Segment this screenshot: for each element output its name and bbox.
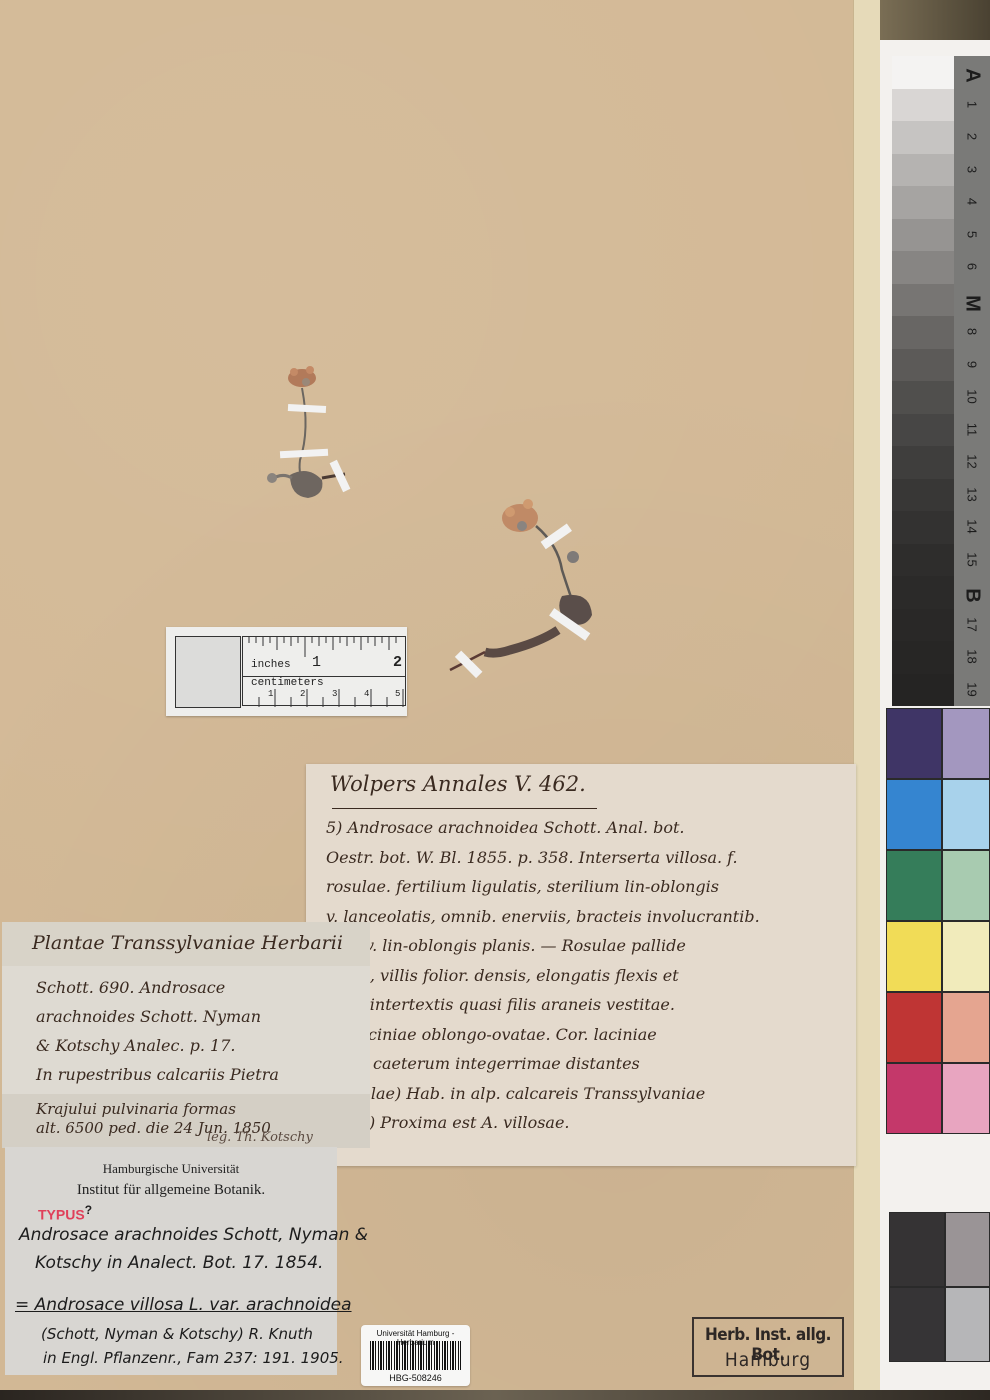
handwritten-line: 5) Androsace arachnoidea Schott. Anal. b… [326, 818, 685, 837]
gray-scale-label: 14 [965, 509, 980, 545]
wolpers-heading: Wolpers Annales V. 462. [330, 772, 586, 796]
gray-scale-label: 1 [965, 86, 980, 122]
gray-scale-label: 13 [965, 476, 980, 512]
gray-patch [892, 414, 954, 447]
type-name-line-1: Androsace arachnoides Schott, Nyman & [19, 1225, 368, 1245]
gray-patch [892, 121, 954, 154]
gray-scale-strip [892, 56, 954, 706]
label-typus-hamburg: Hamburgische Universität Institut für al… [5, 1147, 337, 1375]
type-name-line-2: Kotschy in Analect. Bot. 17. 1854. [35, 1253, 323, 1273]
background-bottom [0, 1390, 990, 1400]
centimeters-label: centimeters [251, 677, 324, 689]
gray-scale-label: 12 [965, 444, 980, 480]
synonym-line-1: = Androsace villosa L. var. arachnoidea [15, 1295, 352, 1315]
handwritten-line: Krajului pulvinaria formas [36, 1100, 236, 1118]
synonym-line-2: (Schott, Nyman & Kotschy) R. Knuth [41, 1325, 313, 1343]
color-patch [942, 921, 990, 992]
gray-patch [892, 511, 954, 544]
ruler-gray-swatch [175, 636, 241, 708]
ruler-scale: inches 1 2 centimeters 1 2 3 4 5 [242, 636, 406, 706]
handwritten-line: v. lanceolatis, omnib. enerviis, bractei… [326, 907, 760, 926]
gray-scale-label: 9 [965, 346, 980, 382]
gray-patch [889, 1287, 945, 1362]
gray-scale-label: 19 [965, 671, 980, 707]
color-patch [886, 779, 942, 850]
gray-scale-label: 10 [965, 379, 980, 415]
gray-patch [892, 251, 954, 284]
color-patch [942, 779, 990, 850]
gray-scale-label: 18 [965, 639, 980, 675]
inch-mark-1: 1 [312, 654, 321, 671]
typus-stamp: TYPUS? [38, 1203, 92, 1223]
bottom-gray-patches [889, 1212, 990, 1362]
inches-label: inches [251, 659, 291, 671]
handwritten-line: arachnoides Schott. Nyman [36, 1007, 261, 1026]
gray-patch [945, 1212, 990, 1287]
gray-scale-label: 8 [965, 314, 980, 350]
cm-mark-3: 3 [332, 689, 337, 699]
color-patch [886, 708, 942, 779]
cm-mark-4: 4 [364, 689, 369, 699]
synonym-line-3: in Engl. Pflanzenr., Fam 237: 191. 1905. [43, 1349, 344, 1367]
gray-patch [889, 1212, 945, 1287]
institution-line-2: Institut für allgemeine Botanik. [5, 1182, 337, 1199]
cm-mark-2: 2 [300, 689, 305, 699]
handwritten-line: Schott. 690. Androsace [36, 978, 225, 997]
gray-patch [892, 56, 954, 89]
handwritten-line: osae, caeterum integerrimae distantes [326, 1054, 640, 1073]
color-patch [942, 992, 990, 1063]
color-patch [886, 850, 942, 921]
gray-patch [892, 219, 954, 252]
institution-line-1: Hamburgische Universität [5, 1161, 337, 1177]
inch-mark-2: 2 [393, 654, 402, 671]
handwritten-line: icem intertextis quasi filis araneis ves… [326, 995, 675, 1014]
gray-patch [892, 641, 954, 674]
plant-specimen-2 [440, 490, 610, 690]
gray-patch [892, 674, 954, 707]
gray-patch [945, 1287, 990, 1362]
scale-ruler: inches 1 2 centimeters 1 2 3 4 5 [166, 627, 407, 716]
gray-scale-labels: A123456M89101112131415B171819 [954, 56, 990, 706]
catalog-number: HBG-508246 [361, 1373, 470, 1383]
gray-patch [892, 446, 954, 479]
gray-scale-label: 3 [965, 151, 980, 187]
gray-patch [892, 609, 954, 642]
gray-scale-label: 2 [965, 119, 980, 155]
stamp-line-2: Hamburg [694, 1349, 842, 1371]
gray-patch [892, 89, 954, 122]
color-patch [886, 1063, 942, 1134]
gray-scale-label: 6 [965, 249, 980, 285]
handwritten-line: junculae) Hab. in alp. calcareis Transsy… [326, 1084, 705, 1103]
gray-scale-label: 4 [965, 184, 980, 220]
gray-patch [892, 479, 954, 512]
handwritten-line: cis laciniae oblongo-ovatae. Cor. lacini… [326, 1025, 657, 1044]
color-patch [886, 992, 942, 1063]
cm-mark-5: 5 [395, 689, 400, 699]
gray-scale-label: 11 [965, 411, 980, 447]
color-patch [886, 921, 942, 992]
specimen-barcode: Universität Hamburg - Herbarium HBG-5082… [361, 1325, 470, 1386]
plantae-collector: leg. Th. Kotschy [207, 1130, 313, 1145]
plant-specimen-1 [250, 350, 380, 510]
gray-patch [892, 186, 954, 219]
gray-patch [892, 544, 954, 577]
handwritten-line: rosulae. fertilium ligulatis, sterilium … [326, 877, 719, 896]
plantae-heading: Plantae Transsylvaniae Herbarii [32, 932, 343, 954]
handwritten-line: entes, villis folior. densis, elongatis … [326, 966, 679, 985]
gray-patch [892, 316, 954, 349]
barcode-icon [370, 1341, 461, 1370]
gray-patch [892, 381, 954, 414]
color-patch [942, 1063, 990, 1134]
gray-scale-label: 17 [965, 606, 980, 642]
handwritten-line: & Kotschy Analec. p. 17. [36, 1036, 236, 1055]
background-top [880, 0, 990, 40]
handwritten-line: In rupestribus calcariis Pietra [36, 1065, 279, 1084]
color-patch [942, 708, 990, 779]
gray-patch [892, 284, 954, 317]
gray-patch [892, 576, 954, 609]
handwritten-line: Oestr. bot. W. Bl. 1855. p. 358. Interse… [326, 848, 738, 867]
label-wolpers-annales: Wolpers Annales V. 462. 5) Androsace ara… [306, 764, 856, 1166]
color-patches [886, 708, 990, 1134]
gray-patch [892, 349, 954, 382]
cm-mark-1: 1 [268, 689, 273, 699]
label-plantae-transsylvaniae: Plantae Transsylvaniae Herbarii Schott. … [2, 922, 370, 1148]
gray-scale-label: 15 [965, 541, 980, 577]
gray-scale-label: 5 [965, 216, 980, 252]
handwritten-line: ngis v. lin-oblongis planis. — Rosulae p… [326, 936, 686, 955]
color-patch [942, 850, 990, 921]
gray-patch [892, 154, 954, 187]
herbarium-stamp: Herb. Inst. allg. Bot. Hamburg [692, 1317, 844, 1377]
